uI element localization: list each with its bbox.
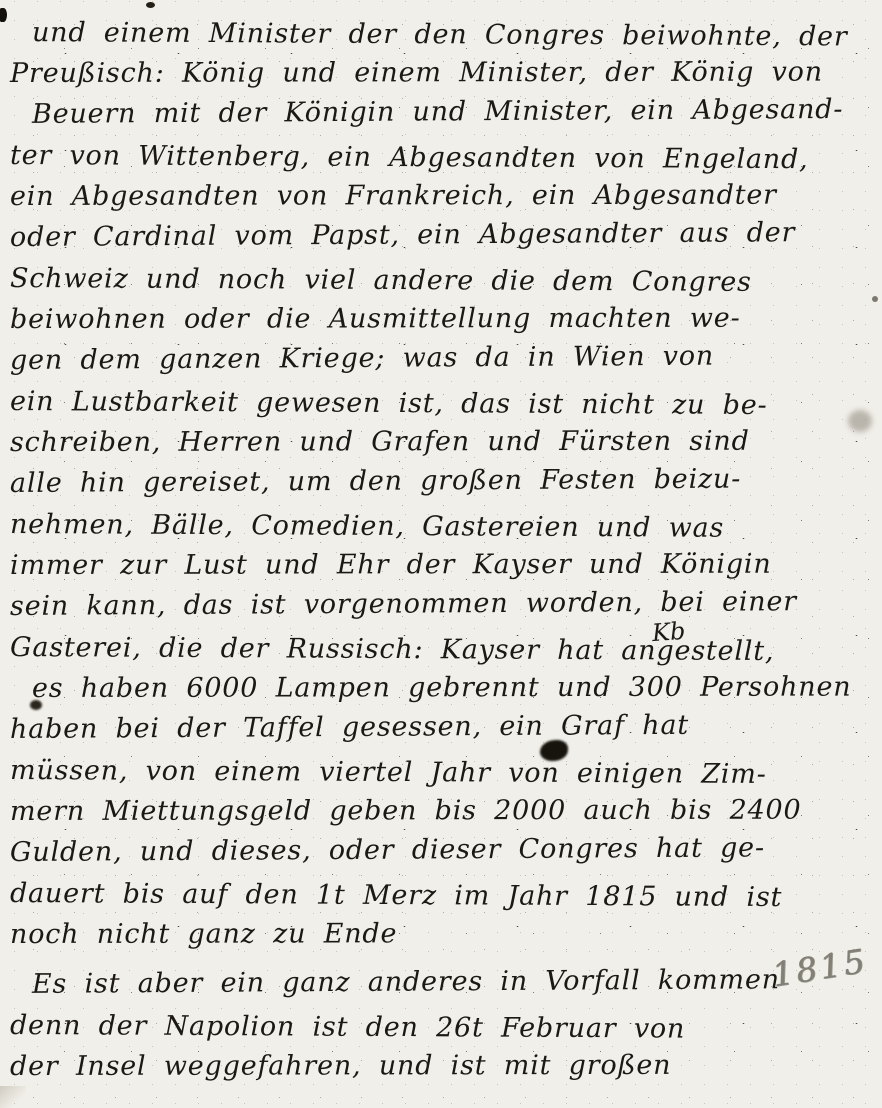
ink-blot — [30, 700, 42, 710]
interline-insertion-mark: Kb — [651, 617, 686, 647]
scan-artifact-smudge — [848, 410, 872, 432]
manuscript-line: es haben 6000 Lampen gebrennt und 300 Pe… — [10, 666, 870, 709]
scan-artifact-ink-speck — [872, 296, 878, 302]
manuscript-line: beiwohnen oder die Ausmittellung machten… — [10, 297, 870, 340]
manuscript-line: alle hin gereiset, um den großen Festen … — [10, 458, 870, 504]
manuscript-line: ein Abgesandten von Frankreich, ein Abge… — [10, 174, 870, 217]
manuscript-line: immer zur Lust und Ehr der Kayser und Kö… — [10, 543, 870, 586]
manuscript-line: Preußisch: König und einem Minister, der… — [10, 51, 870, 94]
manuscript-page: und einem Minister der den Congres beiwo… — [0, 0, 882, 1108]
manuscript-line: Beuern mit der Königin und Minister, ein… — [10, 89, 870, 135]
manuscript-line: nehmen, Bälle, Comedien, Gastereien und … — [10, 504, 870, 550]
manuscript-line: ein Lustbarkeit gewesen ist, das ist nic… — [10, 381, 870, 427]
manuscript-line: mern Miettungsgeld geben bis 2000 auch b… — [10, 789, 870, 832]
manuscript-line: haben bei der Taffel gesessen, ein Graf … — [10, 704, 870, 750]
scan-artifact-paper-corner — [0, 1086, 26, 1108]
scan-artifact-ink-speck — [146, 2, 155, 8]
scan-artifact-edge-mark — [0, 8, 7, 22]
manuscript-line: Gulden, und dieses, oder dieser Congres … — [10, 827, 870, 873]
manuscript-line: oder Cardinal vom Papst, ein Abgesandter… — [10, 212, 870, 258]
manuscript-line: dauert bis auf den 1t Merz im Jahr 1815 … — [10, 873, 870, 919]
manuscript-line: ter von Wittenberg, ein Abgesandten von … — [10, 135, 870, 181]
manuscript-line: schreiben, Herren und Grafen und Fürsten… — [10, 420, 870, 463]
manuscript-line: der Insel weggefahren, und ist mit große… — [10, 1044, 870, 1087]
manuscript-line: Es ist aber ein ganz anderes in Vorfall … — [10, 959, 870, 1005]
manuscript-line: noch nicht ganz zu Ende — [10, 912, 870, 955]
manuscript-line: Schweiz und noch viel andere die dem Con… — [10, 258, 870, 304]
manuscript-line: und einem Minister der den Congres beiwo… — [10, 12, 870, 58]
manuscript-line: Gasterei, die der Russisch: Kayser hat a… — [10, 627, 870, 673]
manuscript-text-block: und einem Minister der den Congres beiwo… — [10, 12, 870, 1087]
manuscript-line: denn der Napolion ist den 26t Februar vo… — [10, 1005, 870, 1051]
manuscript-line: gen dem ganzen Kriege; was da in Wien vo… — [10, 335, 870, 381]
manuscript-line: sein kann, das ist vorgenommen worden, b… — [10, 581, 870, 627]
manuscript-line: müssen, von einem viertel Jahr von einig… — [10, 750, 870, 796]
